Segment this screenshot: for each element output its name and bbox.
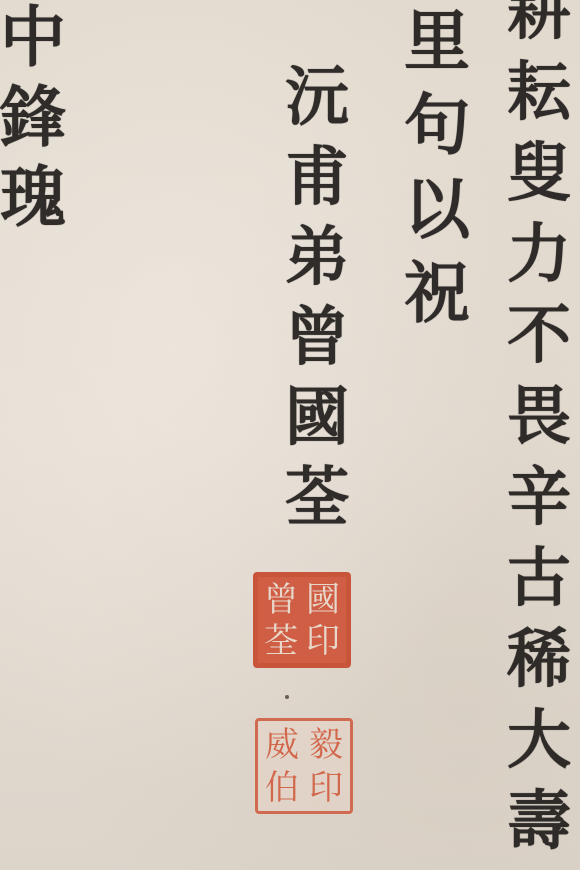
inscription-column-left-partial: 中 鋒 瑰 bbox=[0, 4, 88, 244]
seal-glyph: 國 bbox=[303, 580, 343, 619]
calligraphy-character: 壽 bbox=[507, 790, 571, 870]
calligraphy-character: 祝 bbox=[404, 260, 470, 344]
inscription-column-right: 耕 耘 叟 力 不 畏 辛 古 稀 大 壽 bbox=[496, 0, 580, 870]
seal-glyph: 印 bbox=[303, 621, 343, 660]
ink-speck bbox=[285, 695, 289, 699]
seal-glyph: 印 bbox=[305, 767, 347, 808]
calligraphy-character: 叟 bbox=[507, 142, 571, 223]
calligraphy-character: 國 bbox=[285, 386, 349, 466]
calligraphy-character: 弟 bbox=[285, 226, 349, 306]
calligraphy-character: 辛 bbox=[507, 466, 571, 547]
calligraphy-character: 古 bbox=[507, 547, 571, 628]
calligraphy-character: 甫 bbox=[285, 146, 349, 226]
signature-column: 沅 甫 弟 曾 國 荃 bbox=[262, 66, 372, 546]
red-seal-upper: 曾 國 荃 印 bbox=[253, 572, 351, 668]
inscription-column-second: 里 句 以 祝 bbox=[382, 8, 492, 344]
calligraphy-character: 力 bbox=[507, 223, 571, 304]
seal-glyph: 荃 bbox=[261, 621, 301, 660]
calligraphy-character: 荃 bbox=[285, 466, 349, 546]
seal-glyph: 曾 bbox=[261, 580, 301, 619]
calligraphy-character: 耘 bbox=[507, 61, 571, 142]
calligraphy-character: 沅 bbox=[285, 66, 349, 146]
calligraphy-character: 耕 bbox=[507, 0, 571, 61]
calligraphy-character: 鋒 bbox=[0, 84, 66, 164]
calligraphy-character: 瑰 bbox=[0, 164, 66, 244]
seal-glyph: 威 bbox=[261, 724, 303, 765]
calligraphy-character: 句 bbox=[404, 92, 470, 176]
red-seal-lower: 威 毅 伯 印 bbox=[255, 718, 353, 814]
calligraphy-character: 中 bbox=[0, 4, 66, 84]
calligraphy-character: 里 bbox=[404, 8, 470, 92]
seal-glyph: 毅 bbox=[305, 724, 347, 765]
calligraphy-character: 不 bbox=[507, 304, 571, 385]
calligraphy-character: 曾 bbox=[285, 306, 349, 386]
calligraphy-character: 以 bbox=[404, 176, 470, 260]
seal-glyph: 伯 bbox=[261, 767, 303, 808]
calligraphy-character: 畏 bbox=[507, 385, 571, 466]
calligraphy-character: 大 bbox=[507, 709, 571, 790]
calligraphy-character: 稀 bbox=[507, 628, 571, 709]
